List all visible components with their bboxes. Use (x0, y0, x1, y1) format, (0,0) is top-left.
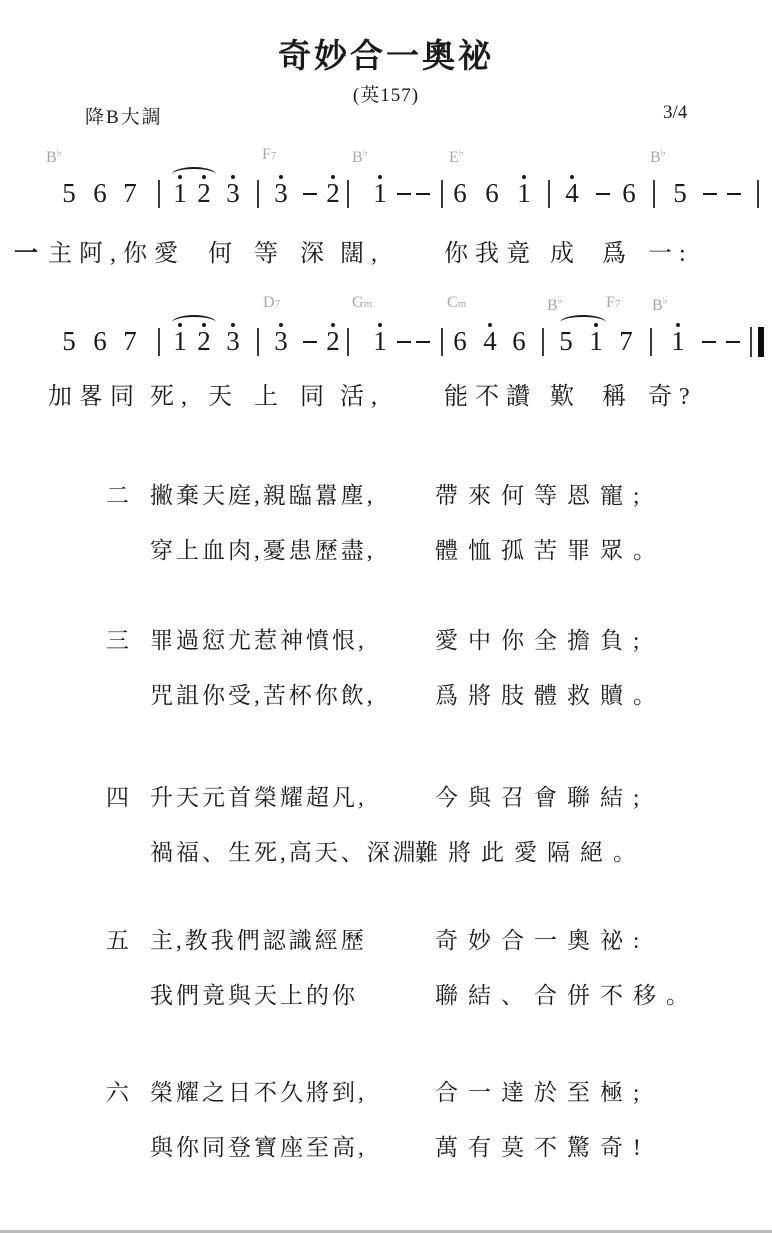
duration-dash (416, 193, 430, 195)
note-digit: 3 (223, 176, 243, 210)
note-digit: 7 (120, 324, 140, 358)
verse-text-left: 撇棄天庭,親臨囂塵, (150, 477, 376, 510)
chord-symbol: B♭ (352, 146, 368, 167)
verse-text-right: 萬有莫不驚奇! (435, 1129, 651, 1162)
note-digit: 1 (514, 176, 534, 210)
verse-row: 二撇棄天庭,親臨囂塵,帶來何等恩寵; (0, 477, 772, 507)
verse-row: 五主,教我們認識經歷奇妙合一奧祕: (0, 922, 772, 952)
octave-dot (522, 175, 526, 179)
chord-quality: m (364, 298, 373, 310)
note-digit: 5 (59, 324, 79, 358)
flat-sign: ♭ (459, 147, 464, 159)
verse-row: 四升天元首榮耀超凡,今與召會聯結; (0, 779, 772, 809)
verse-row: 穿上血肉,憂患歷盡,體恤孤苦罪眾。 (0, 532, 772, 562)
verse-text-right: 今與召會聯結; (435, 779, 649, 812)
verse-text-left: 榮耀之日不久將到, (150, 1074, 367, 1107)
verse-number: 六 (106, 1074, 129, 1107)
verse-text-right: 難將此愛隔絕。 (415, 834, 646, 867)
slur-arc (172, 315, 216, 330)
note-digit: 1 (370, 176, 390, 210)
note-digit: 7 (616, 324, 636, 358)
verse-number: 五 (106, 922, 129, 955)
note-digit: 3 (271, 176, 291, 210)
verse-text-left: 禍福、生死,高天、深淵, (150, 834, 428, 867)
verse-row: 三罪過愆尤惹神憤恨,愛中你全擔負; (0, 622, 772, 652)
duration-dash (397, 341, 411, 343)
note-digit: 6 (619, 176, 639, 210)
chord-symbol: B♭ (652, 294, 668, 315)
duration-dash (703, 193, 717, 195)
slur-arc (172, 167, 216, 182)
chord-symbol: E♭ (449, 146, 464, 167)
duration-dash (702, 341, 716, 343)
verse-text-right: 合一達於至極; (435, 1074, 649, 1107)
note-digit: 1 (370, 324, 390, 358)
chord-symbol: B♭ (547, 294, 563, 315)
chord-symbol: Cm (447, 294, 466, 312)
lyric-line-1: 一主阿,你愛何等深闊,你我竟成爲一: (0, 233, 772, 263)
lyric-text: 加畧同 (48, 376, 141, 411)
note-digit: 5 (670, 176, 690, 210)
final-barline (750, 327, 764, 357)
note-digit: 6 (482, 176, 502, 210)
note-digit: 6 (450, 176, 470, 210)
duration-dash (397, 193, 411, 195)
note-digit: 7 (120, 176, 140, 210)
barline (650, 328, 652, 356)
flat-sign: ♭ (558, 295, 563, 307)
notation-line-2: D7GmCmB♭F7B♭5671233216465171 (0, 324, 772, 360)
lyric-text: 成 (550, 233, 581, 268)
verse-text-left: 主,教我們認識經歷 (150, 922, 367, 955)
verse-row: 與你同登寶座至高,萬有莫不驚奇! (0, 1129, 772, 1159)
flat-sign: ♭ (363, 147, 368, 159)
duration-dash (596, 193, 610, 195)
page-title: 奇妙合一奧祕 (0, 30, 772, 77)
verse-text-left: 與你同登寶座至高, (150, 1129, 367, 1162)
verse-text-right: 聯結、合併不移。 (435, 977, 699, 1010)
time-signature: 3/4 (663, 102, 687, 124)
lyric-text: 天 (208, 376, 239, 411)
verse-number: 四 (106, 779, 129, 812)
barline (542, 328, 544, 356)
octave-dot (378, 323, 382, 327)
barline (548, 180, 550, 208)
barline (653, 180, 655, 208)
barline (257, 328, 259, 356)
octave-dot (231, 175, 235, 179)
verse-text-right: 愛中你全擔負; (435, 622, 649, 655)
duration-dash (727, 193, 741, 195)
verse-text-left: 罪過愆尤惹神憤恨, (150, 622, 367, 655)
verse-text-right: 帶來何等恩寵; (435, 477, 649, 510)
lyric-text: 你我竟 (444, 233, 537, 268)
lyric-text: 歎 (550, 376, 581, 411)
lyric-text: 等 (254, 233, 285, 268)
lyric-text: 一: (648, 233, 693, 268)
chord-symbol: B♭ (46, 146, 62, 167)
chord-quality: 7 (271, 150, 277, 162)
duration-dash (303, 341, 317, 343)
verse-row: 我們竟與天上的你聯結、合併不移。 (0, 977, 772, 1007)
lyric-text: 闊, (340, 233, 384, 268)
octave-dot (488, 323, 492, 327)
note-digit: 6 (450, 324, 470, 358)
note-digit: 3 (223, 324, 243, 358)
verse-row: 禍福、生死,高天、深淵,難將此愛隔絕。 (0, 834, 772, 864)
barline (257, 180, 259, 208)
verse-number: 三 (106, 622, 129, 655)
hymn-sheet: 奇妙合一奧祕 (英157) 降B大調 3/4 B♭F7B♭E♭B♭5671233… (0, 0, 772, 1233)
octave-dot (331, 323, 335, 327)
barline (347, 328, 349, 356)
barline (441, 180, 443, 208)
note-digit: 6 (90, 324, 110, 358)
verse-row: 咒詛你受,苦杯你飲,爲將肢體救贖。 (0, 677, 772, 707)
octave-dot (279, 175, 283, 179)
octave-dot (378, 175, 382, 179)
octave-dot (279, 323, 283, 327)
verse-number: 二 (106, 477, 129, 510)
verse-text-left: 穿上血肉,憂患歷盡, (150, 532, 376, 565)
chord-symbol: Gm (352, 294, 372, 312)
verse-text-right: 體恤孤苦罪眾。 (435, 532, 666, 565)
chord-symbol: F7 (262, 146, 276, 164)
duration-dash (416, 341, 430, 343)
barline (757, 180, 759, 208)
verse-text-left: 升天元首榮耀超凡, (150, 779, 367, 812)
barline (158, 180, 160, 208)
barline (347, 180, 349, 208)
lyric-line-2: 加畧同死,天上同活,能不讚歎稱奇? (0, 376, 772, 406)
note-digit: 6 (90, 176, 110, 210)
verse-row: 六榮耀之日不久將到,合一達於至極; (0, 1074, 772, 1104)
octave-dot (676, 323, 680, 327)
chord-quality: m (458, 298, 467, 310)
verse-text-right: 奇妙合一奧祕: (435, 922, 649, 955)
lyric-text: 同 (300, 376, 331, 411)
note-digit: 4 (480, 324, 500, 358)
note-digit: 6 (509, 324, 529, 358)
flat-sign: ♭ (57, 147, 62, 159)
chord-symbol: F7 (606, 294, 620, 312)
lyric-text: 上 (254, 376, 285, 411)
duration-dash (726, 341, 740, 343)
chord-quality: 7 (275, 298, 281, 310)
chord-symbol: B♭ (650, 146, 666, 167)
lyric-text: 深 (300, 233, 331, 268)
flat-sign: ♭ (663, 295, 668, 307)
note-digit: 5 (59, 176, 79, 210)
lyric-text: 奇? (648, 376, 697, 411)
lyric-text: 何 (208, 233, 239, 268)
lyric-text: 死, (150, 376, 194, 411)
slur-arc (560, 315, 606, 330)
lyric-text: 主阿,你 (48, 233, 154, 268)
note-digit: 3 (271, 324, 291, 358)
key-signature: 降B大調 (85, 102, 163, 129)
flat-sign: ♭ (661, 147, 666, 159)
note-digit: 4 (562, 176, 582, 210)
duration-dash (303, 193, 317, 195)
lyric-text: 能不讚 (444, 376, 537, 411)
verse-text-left: 我們竟與天上的你 (150, 977, 358, 1010)
octave-dot (331, 175, 335, 179)
verse-text-right: 爲將肢體救贖。 (435, 677, 666, 710)
note-digit: 1 (668, 324, 688, 358)
lyric-text: 稱 (602, 376, 633, 411)
note-digit: 2 (323, 176, 343, 210)
verse-text-left: 咒詛你受,苦杯你飲, (150, 677, 376, 710)
lyric-text: 爲 (602, 233, 633, 268)
octave-dot (231, 323, 235, 327)
note-digit: 2 (323, 324, 343, 358)
chord-quality: 7 (615, 298, 621, 310)
notation-line-1: B♭F7B♭E♭B♭567123321661465 (0, 176, 772, 212)
chord-symbol: D7 (263, 294, 280, 312)
verse-number: 一 (14, 233, 38, 268)
lyric-text: 活, (340, 376, 384, 411)
lyric-text: 愛 (154, 233, 185, 268)
barline (158, 328, 160, 356)
barline (441, 328, 443, 356)
octave-dot (570, 175, 574, 179)
